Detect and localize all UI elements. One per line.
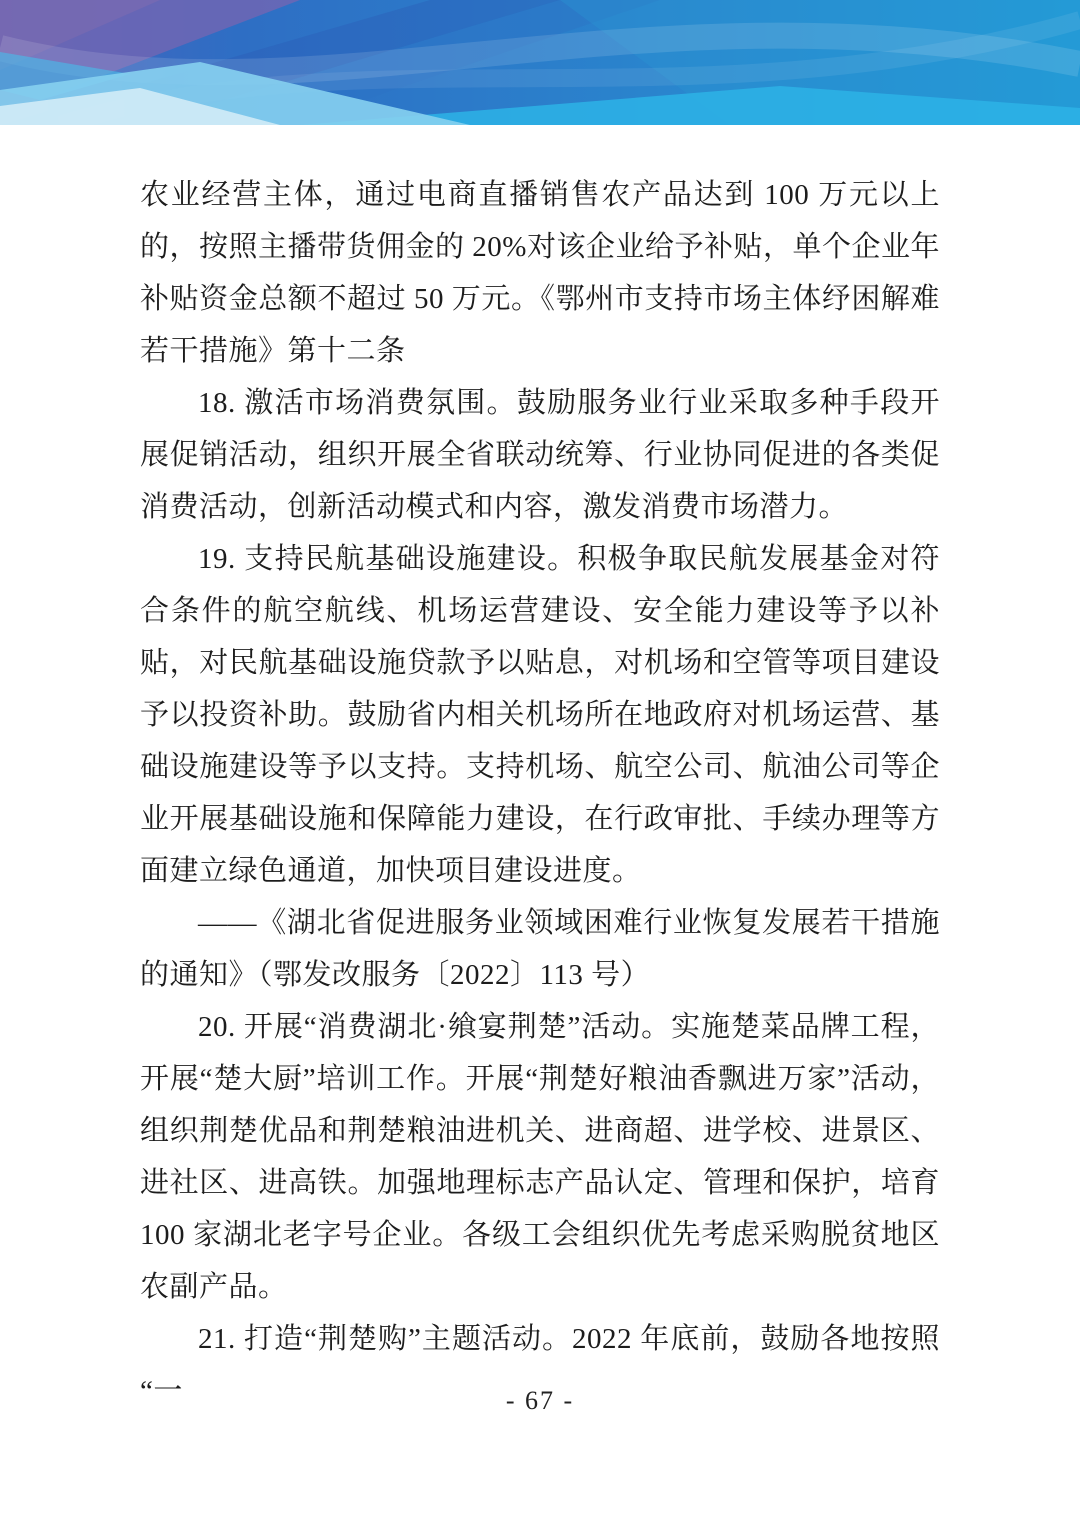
page-number: - 67 -	[0, 1386, 1080, 1416]
paragraph-item-19: 19. 支持民航基础设施建设。积极争取民航发展基金对符合条件的航空航线、机场运营…	[140, 533, 940, 897]
document-body: 农业经营主体，通过电商直播销售农产品达到 100 万元以上的，按照主播带货佣金的…	[0, 125, 1080, 1417]
paragraph-item-20: 20. 开展“消费湖北·飨宴荆楚”活动。实施楚菜品牌工程，开展“楚大厨”培训工作…	[140, 1001, 940, 1313]
document-page: 筑梦鄂州·携手共赢 Build Your Dream At Ezhou Let'…	[0, 0, 1080, 1528]
paragraph-continuation: 农业经营主体，通过电商直播销售农产品达到 100 万元以上的，按照主播带货佣金的…	[140, 169, 940, 377]
paragraph-item-18: 18. 激活市场消费氛围。鼓励服务业行业采取多种手段开展促销活动，组织开展全省联…	[140, 377, 940, 533]
header-banner: 筑梦鄂州·携手共赢 Build Your Dream At Ezhou Let'…	[0, 0, 1080, 125]
paragraph-source-citation: ——《湖北省促进服务业领域困难行业恢复发展若干措施的通知》（鄂发改服务〔2022…	[140, 897, 940, 1001]
